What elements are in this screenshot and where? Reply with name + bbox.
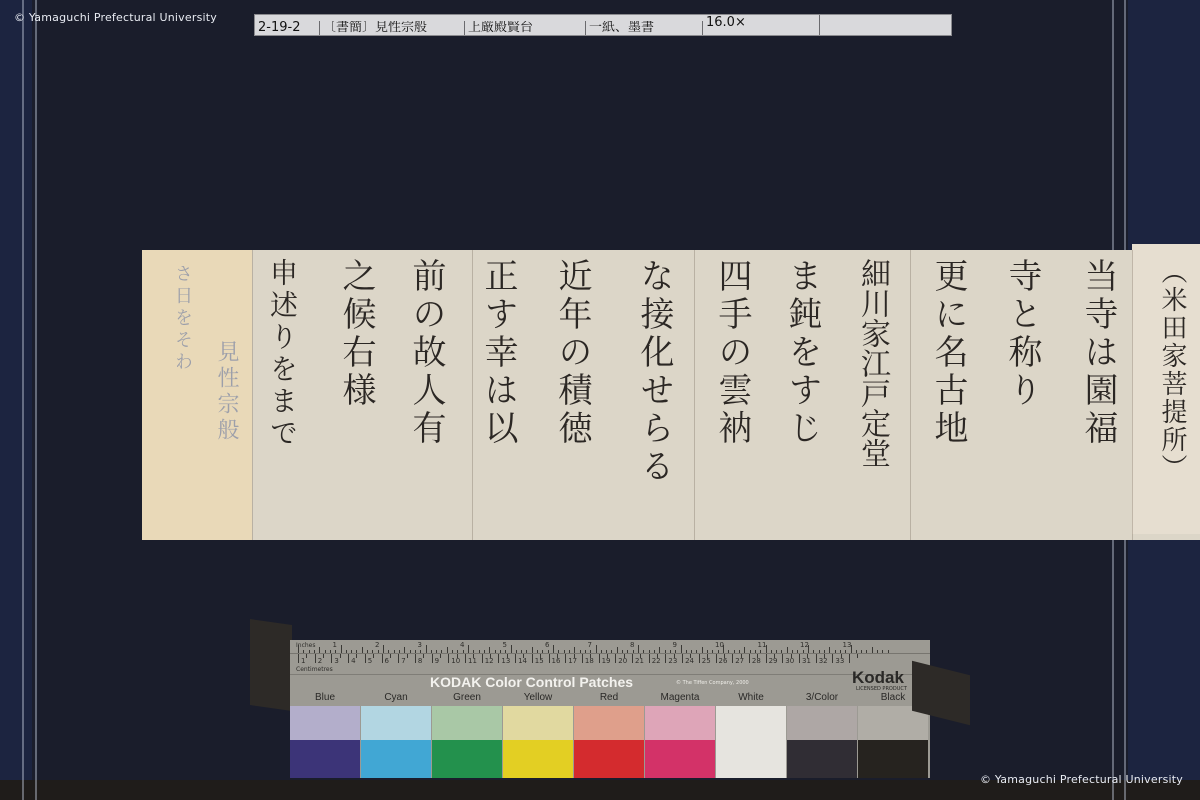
catalog-author: 見性宗般	[375, 21, 427, 35]
ruler-tick	[766, 654, 767, 663]
ruler-inch-number: 3	[418, 641, 422, 649]
calligraphy-column: 申述りをまで	[262, 258, 302, 450]
ruler-tick	[448, 654, 449, 663]
ruler-tick	[681, 645, 682, 653]
patch-light-magenta	[645, 706, 715, 740]
ruler: Inches Centimetres 12345678910111213 123…	[290, 640, 930, 675]
patch-light-cyan	[361, 706, 431, 740]
patch-dark-green	[432, 740, 502, 778]
ruler-tick	[415, 654, 416, 663]
ruler-cm-number: 33	[835, 657, 844, 665]
ruler-midline	[290, 653, 930, 654]
paper-fold	[910, 250, 911, 540]
ruler-tick	[390, 654, 391, 658]
patch-light-red	[574, 706, 644, 740]
ruler-tick	[340, 654, 341, 658]
ruler-cm-number: 8	[418, 657, 422, 665]
catalog-title: 〔書簡〕見性宗般	[320, 21, 465, 35]
sleeve-edge-left-outer	[22, 0, 24, 800]
calligraphy-column: 更に名古地	[928, 258, 968, 448]
ruler-cm-number: 15	[535, 657, 544, 665]
paper-fold	[694, 250, 695, 540]
ruler-tick	[348, 654, 349, 663]
ruler-tick	[468, 645, 469, 653]
ruler-cm-number: 3	[334, 657, 338, 665]
ruler-inch-number: 9	[673, 641, 677, 649]
calligraphy-column: 四手の雲衲	[712, 258, 752, 448]
calligraphy-column: 当寺は園福	[1078, 258, 1118, 448]
ruler-tick	[298, 654, 299, 663]
ruler-cm-number: 6	[385, 657, 389, 665]
ruler-tick	[482, 654, 483, 663]
chart-copyright: © The Tiffen Company, 2000	[676, 680, 749, 686]
ruler-tick	[549, 654, 550, 663]
ruler-tick	[799, 654, 800, 663]
ruler-inch-number: 2	[375, 641, 379, 649]
ruler-cm-number: 28	[752, 657, 761, 665]
patch-label-blue: Blue	[290, 692, 360, 703]
ruler-cm-number: 27	[735, 657, 744, 665]
ruler-cm-number: 32	[819, 657, 828, 665]
ruler-tick	[423, 654, 424, 658]
catalog-size: 16.0×	[703, 15, 820, 35]
ruler-cm-number: 30	[785, 657, 794, 665]
patch-light-green	[432, 706, 502, 740]
ruler-tick	[716, 654, 717, 663]
letter-document: （米田家菩提所） 当寺は園福 寺と称り 更に名古地 細川家江戸定堂 ま鈍をすじ …	[142, 250, 1200, 540]
ruler-tick	[857, 654, 858, 658]
ruler-tick	[407, 654, 408, 658]
calligraphy-column: ま鈍をすじ	[782, 258, 822, 448]
calligraphy-column: な接化せらる	[634, 258, 674, 486]
ruler-tick	[432, 654, 433, 663]
ruler-inch-number: 10	[715, 641, 724, 649]
patch-dark-yellow	[503, 740, 573, 778]
ruler-inch-number: 8	[630, 641, 634, 649]
ruler-tick	[665, 654, 666, 663]
catalog-type: 〔書簡〕	[323, 21, 375, 35]
patch-light-yellow	[503, 706, 573, 740]
ruler-cm-label: Centimetres	[296, 666, 333, 673]
patch-label-red: Red	[574, 692, 644, 703]
patch-dark-magenta	[645, 740, 715, 778]
ruler-cm-number: 19	[602, 657, 611, 665]
ruler-cm-number: 2	[318, 657, 322, 665]
kodak-color-chart: Inches Centimetres 12345678910111213 123…	[290, 640, 930, 778]
paper-fold	[472, 250, 473, 540]
ruler-tick	[356, 654, 357, 658]
ruler-cm-number: 13	[501, 657, 510, 665]
calligraphy-column: 細川家江戸定堂	[854, 258, 890, 468]
backdrop-left	[0, 0, 32, 800]
calligraphy-column: 正す幸は以	[478, 258, 518, 448]
patch-dark-blue	[290, 740, 360, 778]
patch-dark-black	[858, 740, 928, 778]
ruler-cm-number: 10	[451, 657, 460, 665]
ruler-cm-number: 24	[685, 657, 694, 665]
catalog-blank	[820, 15, 898, 35]
pencil-annotation: さ日をそわ	[162, 264, 202, 374]
ruler-inch-number: 1	[333, 641, 337, 649]
paper-fold	[252, 250, 253, 540]
catalog-recipient: 上厳殿賢台	[465, 21, 586, 35]
ruler-cm-number: 12	[485, 657, 494, 665]
ruler-tick	[832, 654, 833, 663]
sleeve-edge-left-inner	[35, 0, 37, 800]
ruler-tick	[632, 654, 633, 663]
catalog-format: 一紙、墨書	[586, 21, 703, 35]
ruler-inch-number: 11	[758, 641, 767, 649]
ruler-inch-number: 5	[503, 641, 507, 649]
ruler-cm-number: 1	[301, 657, 305, 665]
paper-fold	[1132, 250, 1133, 540]
chart-title: KODAK Color Control Patches	[430, 674, 633, 690]
patch-label-cyan: Cyan	[361, 692, 431, 703]
kodak-logo: Kodak	[852, 668, 904, 688]
ruler-cm-number: 18	[585, 657, 594, 665]
catalog-id: 2-19-2	[255, 21, 320, 35]
ruler-cm-number: 17	[568, 657, 577, 665]
tape-left	[250, 619, 292, 711]
ruler-tick	[682, 654, 683, 663]
ruler-tick	[596, 645, 597, 653]
calligraphy-column: 前の故人有	[406, 258, 446, 448]
ruler-inch-number: 12	[800, 641, 809, 649]
pencil-annotation: 見性宗般	[206, 340, 246, 444]
catalog-label: 2-19-2 〔書簡〕見性宗般 上厳殿賢台 一紙、墨書 16.0×	[254, 14, 952, 36]
ruler-tick	[782, 654, 783, 663]
calligraphy-column: （米田家菩提所）	[1152, 258, 1192, 482]
ruler-cm-number: 26	[719, 657, 728, 665]
patch-label-yellow: Yellow	[503, 692, 573, 703]
ruler-tick	[515, 654, 516, 663]
ruler-cm-number: 22	[652, 657, 661, 665]
ruler-cm-number: 20	[618, 657, 627, 665]
ruler-cm-number: 25	[702, 657, 711, 665]
ruler-tick	[849, 654, 850, 663]
ruler-cm-number: 7	[401, 657, 405, 665]
ruler-tick	[383, 645, 384, 653]
ruler-tick	[341, 645, 342, 653]
ruler-tick	[553, 645, 554, 653]
ruler-cm-number: 14	[518, 657, 527, 665]
ruler-tick	[582, 654, 583, 663]
patch-label-3-color: 3/Color	[787, 692, 857, 703]
ruler-tick	[565, 654, 566, 663]
patch-light-white	[716, 706, 786, 778]
patch-light-3-color	[787, 706, 857, 740]
ruler-tick	[816, 654, 817, 663]
ruler-cm-number: 9	[435, 657, 439, 665]
ruler-inch-number: 13	[843, 641, 852, 649]
ruler-tick	[749, 654, 750, 663]
ruler-cm-number: 16	[552, 657, 561, 665]
patch-light-blue	[290, 706, 360, 740]
ruler-tick	[373, 654, 374, 658]
patch-label-magenta: Magenta	[645, 692, 715, 703]
ruler-tick	[440, 654, 441, 658]
patch-dark-cyan	[361, 740, 431, 778]
ruler-tick	[323, 654, 324, 658]
ruler-inch-number: 7	[588, 641, 592, 649]
patch-label-white: White	[716, 692, 786, 703]
ruler-tick	[649, 654, 650, 663]
ruler-tick	[382, 654, 383, 663]
ruler-tick	[398, 654, 399, 663]
ruler-cm-number: 31	[802, 657, 811, 665]
ruler-inch-number: 6	[545, 641, 549, 649]
ruler-cm-number: 11	[468, 657, 477, 665]
ruler-tick	[532, 654, 533, 663]
patch-labels: BlueCyanGreenYellowRedMagentaWhite3/Colo…	[290, 692, 930, 706]
ruler-tick	[331, 654, 332, 663]
ruler-tick	[732, 654, 733, 663]
calligraphy-column: 寺と称り	[1002, 258, 1042, 410]
ruler-tick	[465, 654, 466, 663]
copyright-watermark-top: © Yamaguchi Prefectural University	[14, 11, 217, 24]
ruler-tick	[615, 654, 616, 663]
ruler-cm-number: 5	[368, 657, 372, 665]
ruler-tick	[365, 654, 366, 663]
calligraphy-column: 之候右様	[336, 258, 376, 410]
ruler-cm-number: 23	[668, 657, 677, 665]
patch-dark-red	[574, 740, 644, 778]
ruler-cm-number: 21	[635, 657, 644, 665]
ruler-cm-number: 29	[769, 657, 778, 665]
ruler-cm-number: 4	[351, 657, 355, 665]
ruler-tick	[298, 645, 299, 653]
calligraphy-column: 近年の積徳	[552, 258, 592, 448]
ruler-tick	[511, 645, 512, 653]
ruler-tick	[315, 654, 316, 663]
ruler-tick	[498, 654, 499, 663]
copyright-watermark-bottom: © Yamaguchi Prefectural University	[980, 773, 1183, 786]
ruler-inch-number: 4	[460, 641, 464, 649]
ruler-tick	[426, 645, 427, 653]
ruler-tick	[599, 654, 600, 663]
ruler-tick	[638, 645, 639, 653]
ruler-tick	[699, 654, 700, 663]
patch-label-green: Green	[432, 692, 502, 703]
ruler-tick	[306, 654, 307, 658]
patch-dark-3-color	[787, 740, 857, 778]
